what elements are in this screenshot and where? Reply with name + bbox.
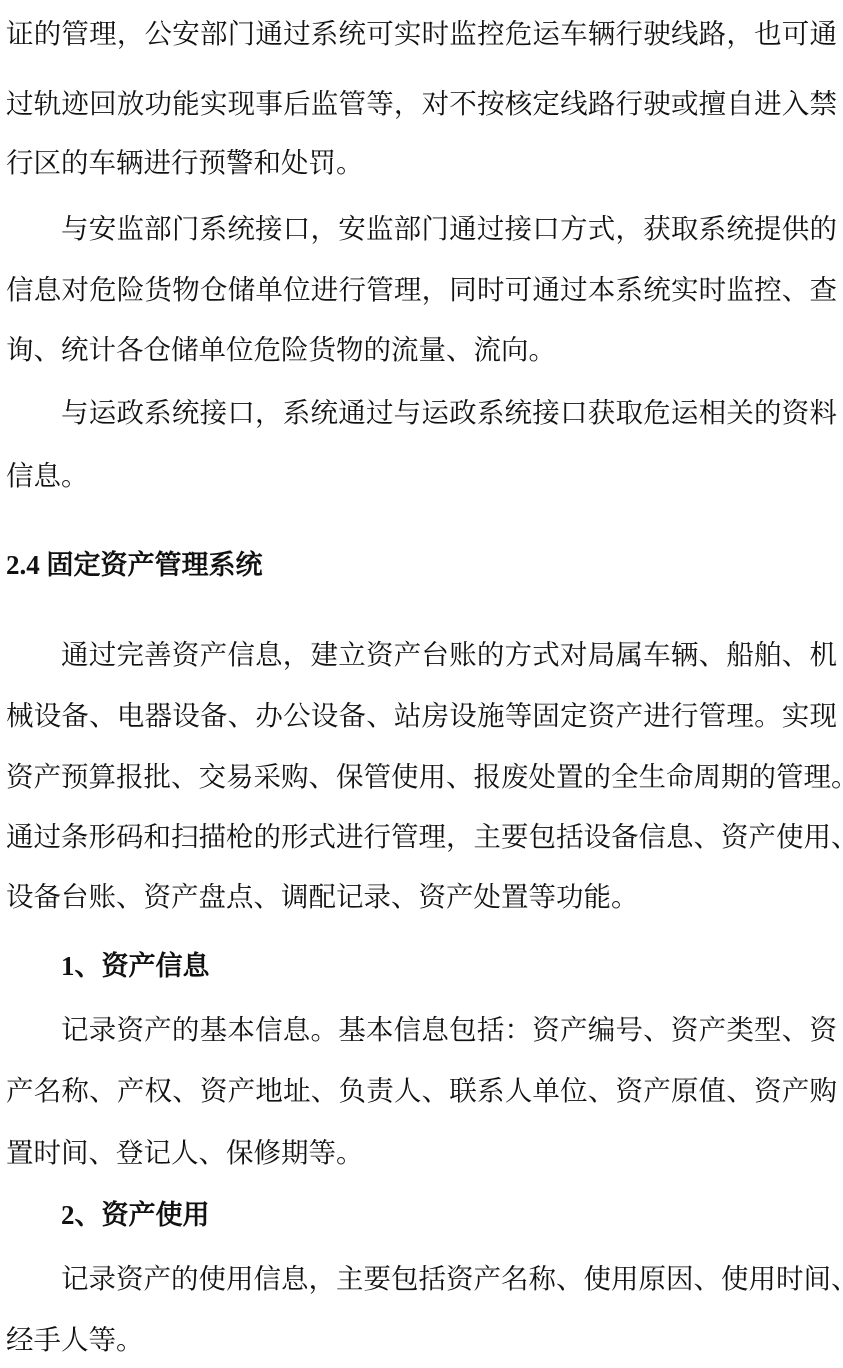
text-line: 械设备、电器设备、办公设备、站房设施等固定资产进行管理。实现 [6, 696, 837, 736]
section-heading: 2.4 固定资产管理系统 [6, 545, 837, 585]
subsection-heading: 2、资产使用 [61, 1195, 837, 1235]
text-line: 通过完善资产信息，建立资产台账的方式对局属车辆、船舶、机 [61, 635, 837, 675]
text-line: 询、统计各仓储单位危险货物的流量、流向。 [6, 330, 837, 370]
text-line: 置时间、登记人、保修期等。 [6, 1133, 837, 1173]
text-line: 记录资产的基本信息。基本信息包括：资产编号、资产类型、资 [61, 1010, 837, 1050]
text-line: 信息。 [6, 456, 837, 496]
text-line: 证的管理，公安部门通过系统可实时监控危运车辆行驶线路，也可通 [6, 14, 837, 54]
subsection-heading: 1、资产信息 [61, 946, 837, 986]
text-line: 设备台账、资产盘点、调配记录、资产处置等功能。 [6, 877, 837, 917]
text-line: 记录资产的使用信息，主要包括资产名称、使用原因、使用时间、 [61, 1259, 837, 1299]
text-line: 经手人等。 [6, 1320, 837, 1360]
text-line: 过轨迹回放功能实现事后监管等，对不按核定线路行驶或擅自进入禁 [6, 84, 837, 124]
text-line: 信息对危险货物仓储单位进行管理，同时可通过本系统实时监控、查 [6, 270, 837, 310]
text-line: 与安监部门系统接口，安监部门通过接口方式，获取系统提供的 [61, 209, 837, 249]
text-line: 与运政系统接口，系统通过与运政系统接口获取危运相关的资料 [61, 393, 837, 433]
text-line: 资产预算报批、交易采购、保管使用、报废处置的全生命周期的管理。 [6, 757, 837, 797]
text-line: 行区的车辆进行预警和处罚。 [6, 143, 837, 183]
text-line: 产名称、产权、资产地址、负责人、联系人单位、资产原值、资产购 [6, 1071, 837, 1111]
text-line: 通过条形码和扫描枪的形式进行管理，主要包括设备信息、资产使用、 [6, 817, 837, 857]
